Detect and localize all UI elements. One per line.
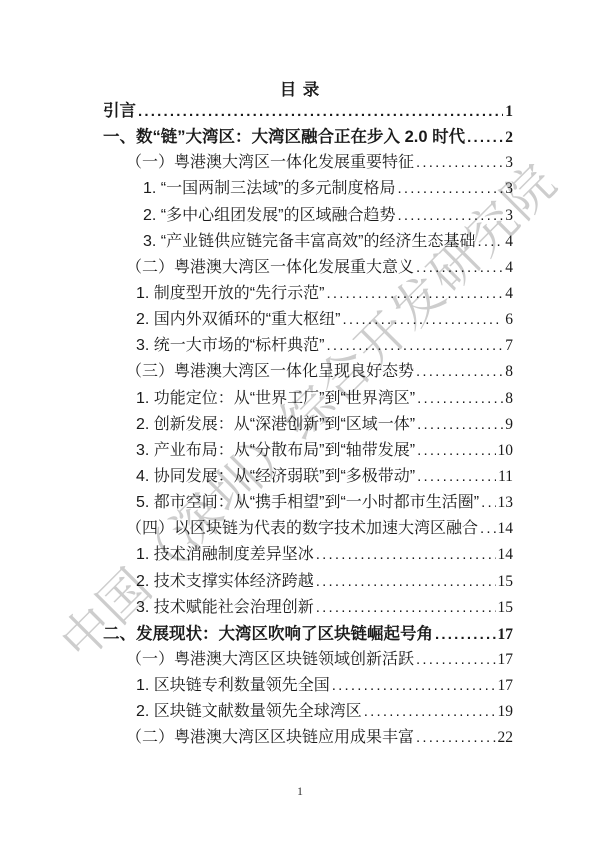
toc-entry: （二）粤港澳大湾区区块链应用成果丰富22 bbox=[103, 725, 513, 751]
toc-entry: 2. 国内外双循环的“重大枢纽”6 bbox=[103, 307, 513, 333]
toc-dot-leader bbox=[435, 622, 496, 648]
toc-dot-leader bbox=[417, 386, 503, 412]
toc-entry-text: 1. 制度型开放的“先行示范” bbox=[136, 281, 324, 307]
toc-entry-text: 1. 功能定位：从“世界工厂”到“世界湾区” bbox=[136, 386, 415, 412]
toc-dot-leader bbox=[417, 412, 503, 438]
toc-dot-leader bbox=[480, 516, 495, 542]
toc-entry: （三）粤港澳大湾区一体化呈现良好态势8 bbox=[103, 359, 513, 385]
toc-entry-text: 1. 技术消融制度差异坚冰 bbox=[136, 542, 314, 568]
toc-title: 目 录 bbox=[0, 76, 600, 100]
toc-dot-leader bbox=[364, 699, 496, 725]
toc-entry-text: 2. 技术支撑实体经济跨越 bbox=[136, 569, 314, 595]
toc-entry-page: 8 bbox=[505, 359, 513, 385]
toc-entry-page: 1 bbox=[505, 99, 513, 125]
toc-entry: 3. 产业布局：从“分散布局”到“轴带发展”10 bbox=[103, 438, 513, 464]
toc-entry-page: 14 bbox=[498, 516, 514, 542]
toc-entry: 引言1 bbox=[103, 98, 513, 124]
toc-entry-page: 3 bbox=[505, 176, 513, 202]
toc-entry-text: 2. 创新发展：从“深港创新”到“区域一体” bbox=[136, 412, 415, 438]
toc-entry: 2. 技术支撑实体经济跨越15 bbox=[103, 569, 513, 595]
toc-entry-page: 3 bbox=[505, 203, 513, 229]
toc-entry-text: 二、发展现状：大湾区吹响了区块链崛起号角 bbox=[103, 621, 433, 647]
toc-entry: 5. 都市空间：从“携手相望”到“一小时都市生活圈”13 bbox=[103, 490, 513, 516]
toc-dot-leader bbox=[397, 203, 503, 229]
toc-entry-text: （二）粤港澳大湾区一体化发展重大意义 bbox=[126, 255, 414, 281]
toc-entry-page: 4 bbox=[505, 255, 513, 281]
toc-entry: 3. 统一大市场的“标杆典范”7 bbox=[103, 333, 513, 359]
toc-entry-text: 3. 产业布局：从“分散布局”到“轴带发展” bbox=[136, 438, 415, 464]
toc-entry-page: 14 bbox=[498, 542, 514, 568]
toc-entry: 二、发展现状：大湾区吹响了区块链崛起号角17 bbox=[103, 621, 513, 647]
toc-entry-text: （一）粤港澳大湾区一体化发展重要特征 bbox=[126, 150, 414, 176]
page-number-footer: 1 bbox=[0, 784, 600, 799]
toc-dot-leader bbox=[467, 125, 503, 151]
toc-entry-page: 9 bbox=[505, 412, 513, 438]
toc-dot-leader bbox=[326, 333, 503, 359]
toc-entry-page: 4 bbox=[505, 281, 513, 307]
toc-dot-leader bbox=[138, 99, 503, 125]
toc-dot-leader bbox=[477, 229, 503, 255]
toc-entry-page: 6 bbox=[505, 307, 513, 333]
toc-dot-leader bbox=[416, 725, 495, 751]
toc-dot-leader bbox=[417, 464, 496, 490]
toc-entry: （一）粤港澳大湾区区块链领域创新活跃17 bbox=[103, 647, 513, 673]
toc-entry: （一）粤港澳大湾区一体化发展重要特征3 bbox=[103, 150, 513, 176]
toc-entry: （二）粤港澳大湾区一体化发展重大意义4 bbox=[103, 255, 513, 281]
toc-dot-leader bbox=[417, 438, 495, 464]
toc-entry: 一、数“链”大湾区：大湾区融合正在步入 2.0 时代2 bbox=[103, 124, 513, 150]
toc-entry-text: （二）粤港澳大湾区区块链应用成果丰富 bbox=[126, 725, 414, 751]
toc-entry-text: （三）粤港澳大湾区一体化呈现良好态势 bbox=[126, 359, 414, 385]
toc-entry-text: 2. “多中心组团发展”的区域融合趋势 bbox=[143, 203, 395, 229]
toc-entry-text: 4. 协同发展：从“经济弱联”到“多极带动” bbox=[136, 464, 415, 490]
toc-entry: 2. 区块链文献数量领先全球湾区19 bbox=[103, 699, 513, 725]
toc-entry-page: 11 bbox=[498, 464, 513, 490]
toc-entry-text: 3. 技术赋能社会治理创新 bbox=[136, 595, 314, 621]
toc-entry-text: 1. “一国两制三法域”的多元制度格局 bbox=[143, 176, 395, 202]
toc-entry-page: 7 bbox=[505, 333, 513, 359]
toc-entry-page: 22 bbox=[498, 725, 514, 751]
toc-entry-page: 2 bbox=[505, 125, 513, 151]
toc-dot-leader bbox=[416, 359, 503, 385]
toc-entry-text: 1. 区块链专利数量领先全国 bbox=[136, 673, 330, 699]
toc-dot-leader bbox=[481, 490, 495, 516]
toc-entry: 4. 协同发展：从“经济弱联”到“多极带动”11 bbox=[103, 464, 513, 490]
toc-entry-text: 一、数“链”大湾区：大湾区融合正在步入 2.0 时代 bbox=[103, 124, 465, 150]
toc-entry: 3. “产业链供应链完备丰富高效”的经济生态基础4 bbox=[103, 229, 513, 255]
toc-dot-leader bbox=[416, 255, 503, 281]
toc-entry: 2. “多中心组团发展”的区域融合趋势3 bbox=[103, 203, 513, 229]
toc-entry-page: 4 bbox=[505, 229, 513, 255]
toc-dot-leader bbox=[316, 569, 496, 595]
toc-dot-leader bbox=[397, 176, 503, 202]
toc-entry: 1. 功能定位：从“世界工厂”到“世界湾区”8 bbox=[103, 386, 513, 412]
toc-entry: （四）以区块链为代表的数字技术加速大湾区融合14 bbox=[103, 516, 513, 542]
toc-entry-text: （一）粤港澳大湾区区块链领域创新活跃 bbox=[126, 647, 414, 673]
toc-entry-page: 17 bbox=[498, 647, 514, 673]
toc-entry-text: 3. “产业链供应链完备丰富高效”的经济生态基础 bbox=[143, 229, 475, 255]
toc-entry-page: 15 bbox=[498, 595, 514, 621]
toc-entry-page: 3 bbox=[505, 150, 513, 176]
toc-dot-leader bbox=[332, 673, 496, 699]
toc-entry-page: 8 bbox=[505, 386, 513, 412]
toc-entry-text: 3. 统一大市场的“标杆典范” bbox=[136, 333, 324, 359]
toc-entry: 1. 制度型开放的“先行示范”4 bbox=[103, 281, 513, 307]
toc-entry-text: 2. 区块链文献数量领先全球湾区 bbox=[136, 699, 362, 725]
toc-entry-page: 17 bbox=[498, 673, 514, 699]
toc-dot-leader bbox=[326, 281, 503, 307]
toc-entry-page: 17 bbox=[498, 622, 514, 648]
toc-entry-page: 10 bbox=[498, 438, 514, 464]
toc-entry-page: 15 bbox=[498, 569, 514, 595]
toc-entry-page: 19 bbox=[498, 699, 514, 725]
toc-entry-text: 2. 国内外双循环的“重大枢纽” bbox=[136, 307, 340, 333]
toc-dot-leader bbox=[342, 307, 503, 333]
toc-dot-leader bbox=[416, 647, 495, 673]
toc-entry: 1. “一国两制三法域”的多元制度格局3 bbox=[103, 176, 513, 202]
toc-entry: 2. 创新发展：从“深港创新”到“区域一体”9 bbox=[103, 412, 513, 438]
toc-dot-leader bbox=[316, 595, 496, 621]
toc-dot-leader bbox=[316, 542, 496, 568]
toc-dot-leader bbox=[416, 150, 503, 176]
toc-entry: 1. 区块链专利数量领先全国17 bbox=[103, 673, 513, 699]
toc-list: 引言1一、数“链”大湾区：大湾区融合正在步入 2.0 时代2（一）粤港澳大湾区一… bbox=[103, 98, 513, 752]
toc-entry-text: （四）以区块链为代表的数字技术加速大湾区融合 bbox=[126, 516, 478, 542]
toc-entry: 3. 技术赋能社会治理创新15 bbox=[103, 595, 513, 621]
toc-entry-text: 引言 bbox=[103, 98, 136, 124]
toc-entry-text: 5. 都市空间：从“携手相望”到“一小时都市生活圈” bbox=[136, 490, 479, 516]
toc-entry-page: 13 bbox=[498, 490, 514, 516]
toc-entry: 1. 技术消融制度差异坚冰14 bbox=[103, 542, 513, 568]
